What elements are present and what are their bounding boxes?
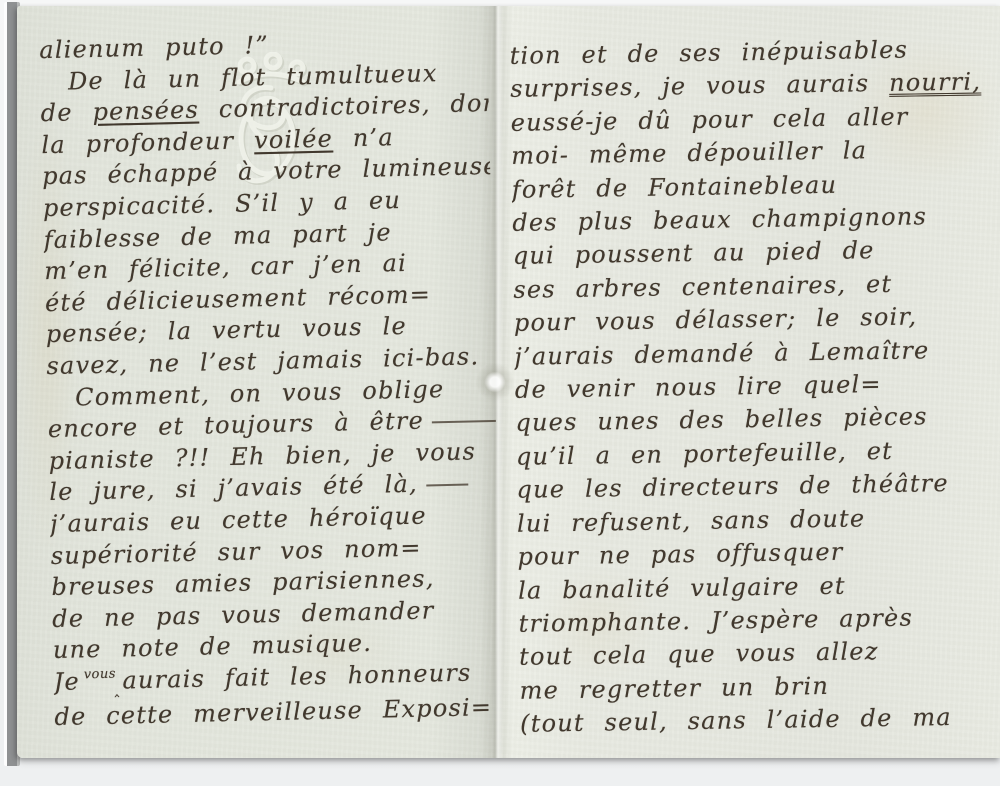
letter-paper: alienum puto !”De là un flot tumultueuxd… — [17, 6, 1000, 758]
page-right: tion et de ses inépuisablessurprises, je… — [509, 32, 1000, 752]
page-left: alienum puto !”De là un flot tumultueuxd… — [39, 25, 503, 747]
ink-dash-rule — [426, 483, 468, 486]
letter-scan: alienum puto !”De là un flot tumultueuxd… — [0, 0, 1000, 786]
inserted-word: vous — [83, 658, 116, 690]
letter-line: (tout seul, sans l’aide de ma — [520, 700, 1000, 741]
ink-dash-rule — [432, 418, 503, 423]
